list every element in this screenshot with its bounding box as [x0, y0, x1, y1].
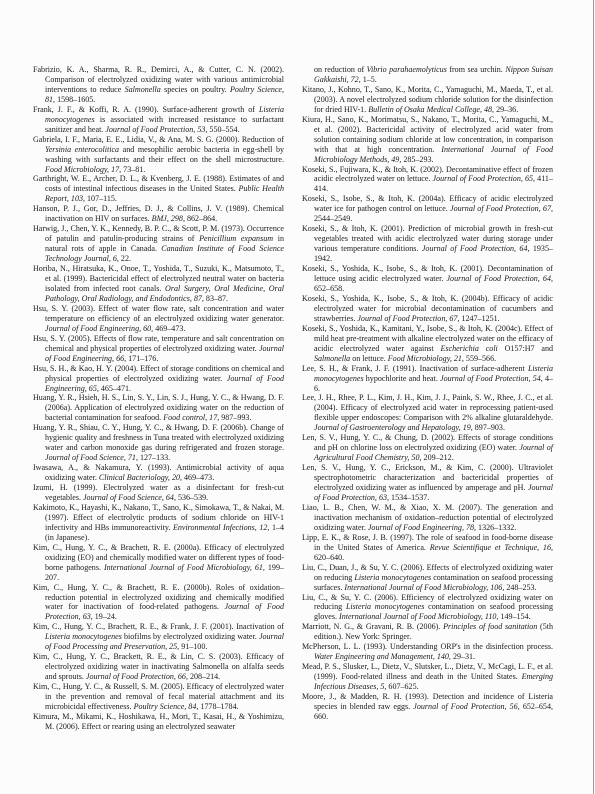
reference-entry: Liao, L. B., Chen, W. M., & Xiao, X. M. … — [302, 503, 553, 533]
reference-text: Huang, Y. R., Shiau, C. Y., Hung, Y. C.,… — [33, 423, 284, 452]
reference-text: O157:H7 and — [498, 344, 553, 353]
reference-entry: Kim, C., Hung, Y. C., & Russell, S. M. (… — [33, 682, 284, 712]
reference-entry: Kim, C., Hung, Y. C., & Brachett, R. E. … — [33, 583, 284, 623]
reference-text: , 29–36. — [492, 105, 518, 114]
reference-text: Mead, P. S., Slusker, L., Dietz, V., Slu… — [302, 662, 553, 681]
reference-text: Gabriela, I. F., Maria, E. E., Lidia, V.… — [33, 135, 284, 144]
reference-entry: Fabrizio, K. A., Sharma, R. R., Demirci,… — [33, 65, 284, 105]
reference-italic-text: Journal of Food Protection, 54 — [440, 374, 541, 383]
reference-entry: Horiba, N., Hiratsuka, K., Onoe, T., Yos… — [33, 264, 284, 304]
reference-text: , 83–87. — [202, 294, 228, 303]
references-right-column: on reduction of Vibrio parahaemolyticus … — [302, 65, 553, 722]
reference-italic-text: Listeria monocytogenes — [45, 632, 122, 641]
reference-text: Hsu, S. Y. (2005). Effects of flow rate,… — [33, 334, 284, 353]
reference-text: , 248–253. — [502, 583, 536, 592]
reference-text: , 550–554. — [205, 125, 239, 134]
reference-entry: Lee, J. H., Rhee, P. L., Kim, J. H., Kim… — [302, 393, 553, 433]
reference-entry: Frank, J. F., & Koffi, R. A. (1990). Sur… — [33, 105, 284, 135]
reference-italic-text: Journal of Food Protection, 53 — [105, 125, 205, 134]
reference-italic-text: Journal of Food Engineering, 78 — [368, 523, 474, 532]
reference-entry: Hsu, S. Y. (2005). Effects of flow rate,… — [33, 334, 284, 364]
reference-entry: Kim, C., Hung, Y. C., Brackett, R. E., &… — [33, 652, 284, 682]
reference-text: hypochlorite and heat. — [364, 374, 440, 383]
reference-entry: Mead, P. S., Slusker, L., Dietz, V., Slu… — [302, 662, 553, 692]
reference-italic-text: Environmental Infections, 12 — [173, 523, 267, 532]
reference-entry: Harwig, J., Chen, Y. K., Kennedy, B. P. … — [33, 224, 284, 264]
reference-italic-text: Journal of Food Engineering, 60 — [45, 324, 151, 333]
reference-text: Hsu, S. Y. (2003). Effect of water flow … — [33, 304, 284, 323]
reference-entry: Koseki, S., Yoshida, K., Kamitani, Y., I… — [302, 324, 553, 364]
reference-entry: Kiura, H., Sano, K., Morimatsu, S., Naka… — [302, 115, 553, 165]
reference-entry: Lipp, E. K., & Rose, J. B. (1997). The r… — [302, 533, 553, 563]
reference-text: , 1598–1605. — [53, 95, 95, 104]
reference-text: , 469–473. — [180, 473, 214, 482]
reference-text: , 536–539. — [174, 493, 208, 502]
reference-text: , 22. — [117, 254, 131, 263]
reference-italic-text: Listeria monocytogenes — [346, 602, 424, 611]
reference-text: Marriott, N. G., & Gravani, R. B. (2006)… — [302, 622, 443, 631]
reference-text: , 897–903. — [471, 423, 505, 432]
reference-text: , 1326–1332. — [474, 523, 516, 532]
reference-text: McPherson, L. L. (1993). Understanding O… — [302, 642, 553, 651]
reference-text: on lettuce. — [350, 354, 388, 363]
reference-italic-text: International Journal of Food Microbiolo… — [104, 563, 263, 572]
reference-entry: Hanson, P. J., Gor, D., Jeffries, D. J.,… — [33, 204, 284, 224]
reference-italic-text: Food Microbiology, 17 — [45, 165, 119, 174]
reference-text: , 19–24. — [91, 612, 117, 621]
reference-entry: Hsu, S. H., & Kao, H. Y. (2004). Effect … — [33, 364, 284, 394]
reference-italic-text: Journal of Food Protection, 56 — [413, 702, 517, 711]
reference-text: , 1247–1251. — [457, 314, 499, 323]
reference-text: , 1–5. — [359, 75, 377, 84]
reference-italic-text: Journal of Food Protection, 67 — [357, 314, 457, 323]
reference-entry: Iwasawa, A., & Nakamura, Y. (1993). Anti… — [33, 463, 284, 483]
reference-text: , 107–115. — [83, 194, 117, 203]
reference-entry: Len, S. V., Hung, Y. C., & Chung, D. (20… — [302, 433, 553, 463]
reference-entry: Huang, Y. R., Hsieh, H. S., Lin, S. Y., … — [33, 393, 284, 423]
reference-entry: Kimura, M., Mikami, K., Hoshikawa, H., M… — [33, 712, 284, 732]
reference-text: , 127–133. — [136, 453, 170, 462]
reference-entry: Hsu, S. Y. (2003). Effect of water flow … — [33, 304, 284, 334]
reference-text: , 208–214. — [186, 672, 220, 681]
reference-italic-text: International Journal of Food Microbiolo… — [344, 583, 502, 592]
reference-text: , 465–471. — [97, 384, 131, 393]
reference-text: Len, S. V., Hung, Y. C., Erickson, M., &… — [302, 463, 553, 492]
reference-italic-text: Yersinia enterocolitica — [45, 145, 119, 154]
reference-italic-text: Clinical Bacteriology, 20 — [99, 473, 180, 482]
reference-text: Kimura, M., Mikami, K., Hoshikawa, H., M… — [33, 712, 284, 731]
reference-text: species on poultry. — [161, 85, 230, 94]
reference-italic-text: Journal of Food Protection, 64 — [422, 244, 528, 253]
reference-entry: Lee, S. H., & Frank, J. F. (1991). Inact… — [302, 364, 553, 394]
reference-entry: Izumi, H. (1999). Electrolyzed water as … — [33, 483, 284, 503]
reference-entry: on reduction of Vibrio parahaemolyticus … — [302, 65, 553, 85]
reference-entry: Koseki, S., Yoshida, K., Isobe, S., & It… — [302, 264, 553, 294]
reference-text: Lee, S. H., & Frank, J. F. (1991). Inact… — [302, 364, 528, 373]
reference-italic-text: Food control, 17 — [163, 413, 217, 422]
reference-text: , 73–81. — [119, 165, 145, 174]
reference-italic-text: Penicillium expansum — [199, 234, 273, 243]
reference-entry: Kakimoto, K., Hayashi, K., Nakano, T., S… — [33, 503, 284, 543]
reference-italic-text: Journal of Food Science, 64 — [83, 493, 174, 502]
reference-text: , 987–993. — [217, 413, 251, 422]
reference-text: , 171–176. — [124, 354, 158, 363]
reference-italic-text: BMJ, 298 — [152, 214, 183, 223]
reference-entry: Liu, C., & Su, Y. C. (2006). Efficiency … — [302, 593, 553, 623]
reference-text: , 1534–1537. — [387, 493, 429, 502]
reference-text: Len, S. V., Hung, Y. C., & Chung, D. (20… — [302, 433, 553, 452]
reference-italic-text: Poultry Science, 84 — [134, 702, 197, 711]
reference-text: , 149–154. — [496, 612, 530, 621]
reference-italic-text: Journal of Gastroenterology and Hepatolo… — [314, 423, 471, 432]
reference-entry: Len, S. V., Hung, Y. C., Erickson, M., &… — [302, 463, 553, 503]
reference-text: , 469–473. — [151, 324, 185, 333]
reference-italic-text: Journal of Food Protection, 66 — [86, 672, 186, 681]
reference-entry: Marriott, N. G., & Gravani, R. B. (2006)… — [302, 622, 553, 642]
reference-italic-text: International Journal of Food Microbiolo… — [339, 612, 496, 621]
reference-text: , 91–100. — [177, 642, 207, 651]
reference-italic-text: Food Microbiology, 21 — [388, 354, 462, 363]
reference-entry: Koseki, S., Isobe, S., & Itoh, K. (2004a… — [302, 194, 553, 224]
reference-text: , 862–864. — [183, 214, 217, 223]
reference-text: , 607–625. — [384, 682, 418, 691]
reference-italic-text: Listeria monocytogenes — [354, 573, 431, 582]
references-left-column: Fabrizio, K. A., Sharma, R. R., Demirci,… — [33, 65, 284, 732]
reference-text: , 209–212. — [420, 453, 454, 462]
reference-entry: Huang, Y. R., Shiau, C. Y., Hung, Y. C.,… — [33, 423, 284, 463]
reference-entry: Koseki, S., Yoshida, K., Isobe, S., & It… — [302, 294, 553, 324]
reference-italic-text: Salmonella — [314, 354, 350, 363]
reference-italic-text: Vibrio parahaemolyticus — [367, 65, 447, 74]
reference-text: from sea urchin. — [447, 65, 506, 74]
reference-text: on reduction of — [314, 65, 367, 74]
reference-italic-text: Journal of Food Protection, 67 — [450, 204, 551, 213]
reference-text: , 29–31. — [449, 652, 475, 661]
reference-entry: Gabriela, I. F., Maria, E. E., Lidia, V.… — [33, 135, 284, 175]
reference-entry: McPherson, L. L. (1993). Understanding O… — [302, 642, 553, 662]
reference-italic-text: Revue Scientifique et Technique, 16 — [430, 543, 551, 552]
reference-italic-text: Salmonella — [125, 85, 161, 94]
reference-text: Lee, J. H., Rhee, P. L., Kim, J. H., Kim… — [302, 393, 553, 422]
reference-entry: Moore, J., & Madden, R. H. (1993). Detec… — [302, 692, 553, 722]
reference-text: , 1778–1784. — [196, 702, 238, 711]
reference-entry: Koseki, S., & Itoh, K. (2001). Predictio… — [302, 224, 553, 264]
reference-text: , 559–566. — [462, 354, 496, 363]
reference-text: biofilms by electrolyzed oxidizing water… — [122, 632, 259, 641]
reference-italic-text: Journal of Food Protection, 65 — [433, 174, 534, 183]
reference-entry: Kim, C., Hung, Y. C., Brachett, R. E., &… — [33, 622, 284, 652]
reference-entry: Kim, C., Hung, Y. C., & Brachett, R. E. … — [33, 543, 284, 583]
reference-text: Frank, J. F., & Koffi, R. A. (1990). Sur… — [33, 105, 259, 114]
reference-italic-text: Escherichia coli — [440, 344, 497, 353]
reference-italic-text: Water Engineering and Management, 140 — [314, 652, 449, 661]
reference-entry: Koseki, S., Fujiwara, K., & Itoh, K. (20… — [302, 165, 553, 195]
page-edge-rule — [593, 0, 594, 794]
reference-text: , 285–293. — [399, 155, 433, 164]
reference-italic-text: Principles of food sanitation — [443, 622, 537, 631]
reference-italic-text: Journal of Food Protection, 64 — [446, 274, 551, 283]
reference-italic-text: Bulletin of Osaka Medical College, 48 — [368, 105, 492, 114]
reference-entry: Kitano, J., Kohno, T., Sano, K., Morita,… — [302, 85, 553, 115]
reference-text: Kim, C., Hung, Y. C., Brachett, R. E., &… — [33, 622, 284, 631]
reference-entry: Garthright, W. E., Archer, D. L., & Kven… — [33, 174, 284, 204]
reference-entry: Liu, C., Duan, J., & Su, Y. C. (2006). E… — [302, 563, 553, 593]
reference-italic-text: Journal of Food Science, 71 — [45, 453, 136, 462]
